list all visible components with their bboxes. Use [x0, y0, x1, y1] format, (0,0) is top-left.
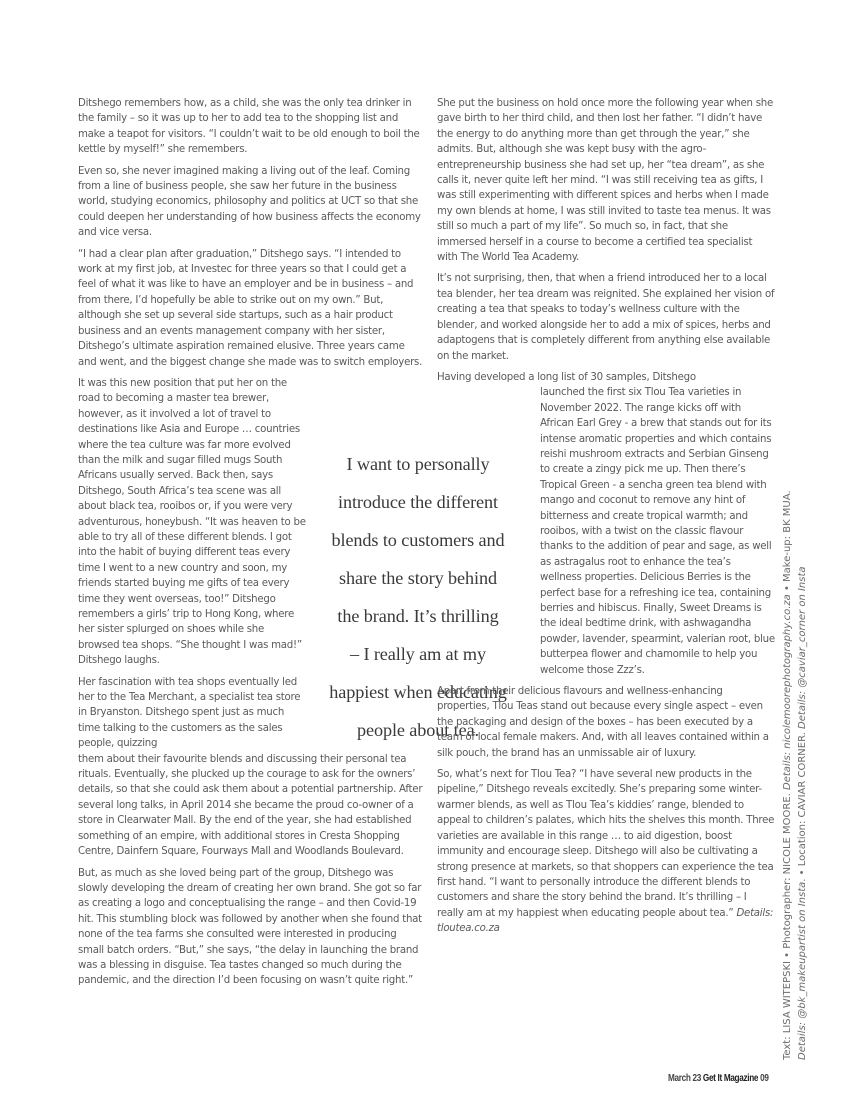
paragraph: “I had a clear plan after graduation,” D… — [78, 247, 423, 370]
folio-issue: March 23 — [668, 1073, 701, 1084]
credits-line-2: Details: @bk_makeupartist on Insta. • Lo… — [795, 380, 810, 1060]
paragraph: It’s not surprising, then, that when a f… — [437, 271, 775, 363]
paragraph: But, as much as she loved being part of … — [78, 866, 423, 989]
paragraph: launched the first six Tlou Tea varietie… — [540, 385, 775, 678]
paragraph: Her fascination with tea shops eventuall… — [78, 675, 306, 752]
paragraph: So, what’s next for Tlou Tea? “I have se… — [437, 767, 775, 936]
credits-line-1: Text: LISA WITEPSKI • Photographer: NICO… — [780, 380, 795, 1060]
paragraph: She put the business on hold once more t… — [437, 96, 775, 265]
photo-credits: Text: LISA WITEPSKI • Photographer: NICO… — [780, 380, 810, 1060]
page-folio: March 23 Get It Magazine 09 — [668, 1073, 769, 1084]
paragraph: Ditshego remembers how, as a child, she … — [78, 96, 423, 158]
paragraph: them about their favourite blends and di… — [78, 752, 423, 860]
paragraph: It was this new position that put her on… — [78, 376, 306, 669]
paragraph: Even so, she never imagined making a liv… — [78, 164, 423, 241]
folio-page-number: 09 — [760, 1073, 768, 1084]
paragraph: Having developed a long list of 30 sampl… — [437, 370, 775, 385]
folio-magazine: Get It Magazine — [703, 1073, 758, 1084]
paragraph: Apart from their delicious flavours and … — [437, 684, 775, 761]
paragraph-text: So, what’s next for Tlou Tea? “I have se… — [437, 769, 774, 919]
article-right-column: She put the business on hold once more t… — [437, 96, 775, 943]
